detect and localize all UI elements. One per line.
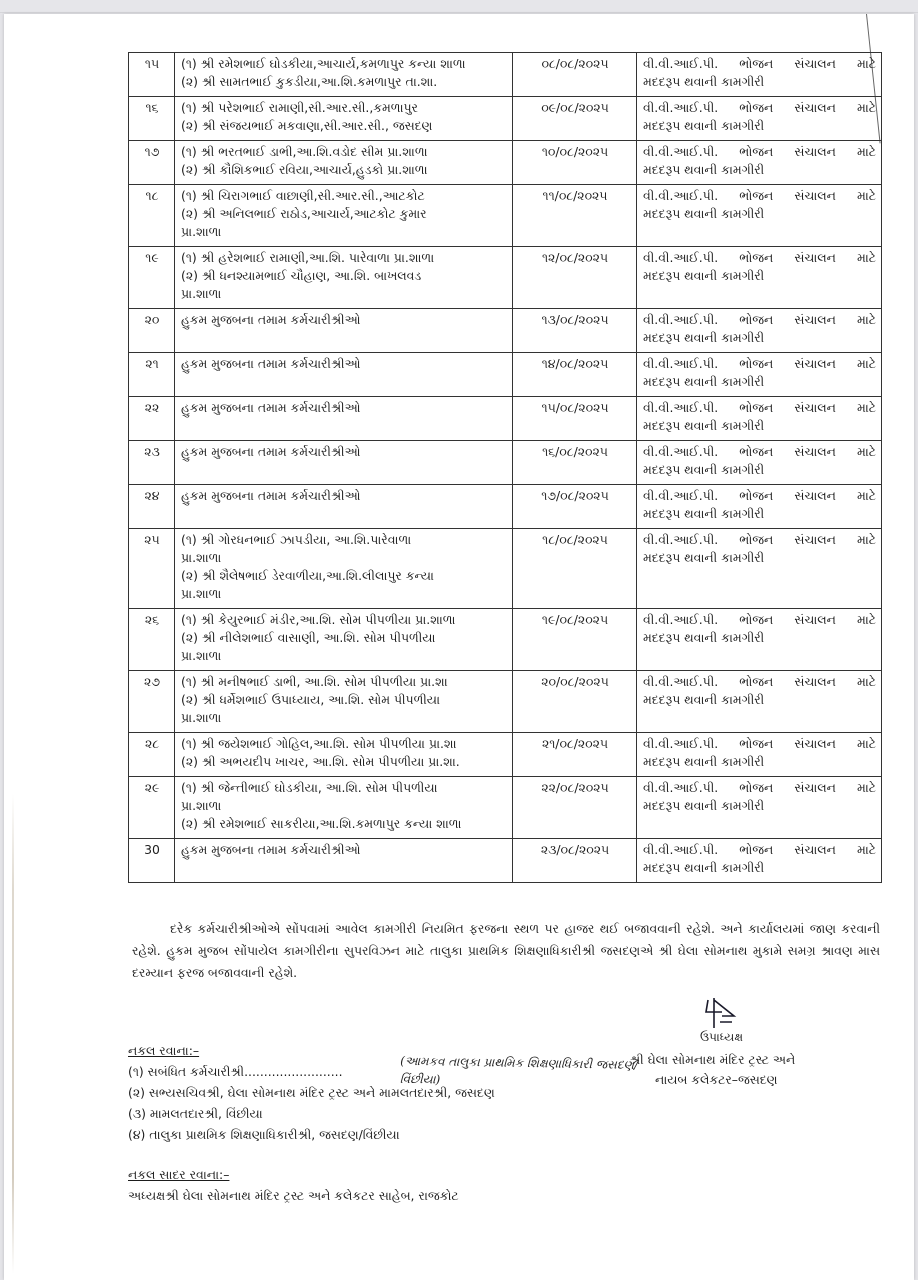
serial-number-cell: ૧૮ [129, 185, 175, 247]
table-row: ૨૭(૧) શ્રી મનીષભાઈ ડાભી, આ.શિ. સોમ પીપળી… [129, 671, 882, 733]
duty-date-cell: ૨૩/૦૮/૨૦૨૫ [513, 839, 637, 883]
copy-to-item: (૧) સબંધિત કર્મચારીશ્રી.................… [128, 1061, 495, 1082]
duty-schedule-table: ૧૫(૧) શ્રી રમેશભાઈ ઘોડકીયા,આચાર્ય,કમળાપુ… [128, 52, 882, 883]
task-line-2: મદદરૂપ થવાની કામગીરી [643, 161, 876, 179]
task-line-2: મદદરૂપ થવાની કામગીરી [643, 417, 876, 435]
duty-date-cell: ૨૨/૦૮/૨૦૨૫ [513, 777, 637, 839]
employee-name-line: (૧) શ્રી રમેશભાઈ ઘોડકીયા,આચાર્ય,કમળાપુર … [181, 55, 507, 73]
duty-date-cell: ૧૭/૦૮/૨૦૨૫ [513, 485, 637, 529]
task-line-1: વી.વી.આઈ.પી. ભોજન સંચાલન માટે [643, 399, 876, 417]
employee-name-line: પ્રા.શાળા [181, 647, 507, 665]
instruction-paragraph: દરેક કર્મચારીશ્રીઓએ સોંપવામાં આવેલ કામગી… [132, 918, 880, 984]
signatory-office-line1: શ્રી ઘેલા સોમનાથ મંદિર ટ્રસ્ટ અને [630, 1052, 795, 1068]
employee-names-cell: હુકમ મુજબના તમામ કર્મચારીશ્રીઓ [175, 441, 513, 485]
employee-name-line: (૧) શ્રી ચિરાગભાઈ વાછાણી,સી.આર.સી.,આટકોટ [181, 187, 507, 205]
duty-date-cell: ૧૮/૦૮/૨૦૨૫ [513, 529, 637, 609]
serial-number-cell: ૨૩ [129, 441, 175, 485]
employee-name-line: (૨) શ્રી શૈલેષભાઈ ડેરવાળીયા,આ.શિ.લીલાપુર… [181, 567, 507, 585]
table-row: ૨૪હુકમ મુજબના તમામ કર્મચારીશ્રીઓ૧૭/૦૮/૨૦… [129, 485, 882, 529]
duty-date-cell: ૨૧/૦૮/૨૦૨૫ [513, 733, 637, 777]
signature-mark [700, 996, 742, 1030]
employee-name-line: પ્રા.શાળા [181, 797, 507, 815]
task-line-2: મદદરૂપ થવાની કામગીરી [643, 859, 876, 877]
employee-name-line: પ્રા.શાળા [181, 285, 507, 303]
task-description-cell: વી.વી.આઈ.પી. ભોજન સંચાલન માટેમદદરૂપ થવાન… [637, 671, 882, 733]
employee-name-line: (૧) શ્રી ગોરધનભાઈ ઝાપડીયા, આ.શિ.પારેવાળા [181, 531, 507, 549]
duty-date-cell: ૧૩/૦૮/૨૦૨૫ [513, 309, 637, 353]
task-line-1: વી.વી.આઈ.પી. ભોજન સંચાલન માટે [643, 531, 876, 549]
task-description-cell: વી.વી.આઈ.પી. ભોજન સંચાલન માટેમદદરૂપ થવાન… [637, 441, 882, 485]
table-row: 30હુકમ મુજબના તમામ કર્મચારીશ્રીઓ૨૩/૦૮/૨૦… [129, 839, 882, 883]
task-description-cell: વી.વી.આઈ.પી. ભોજન સંચાલન માટેમદદરૂપ થવાન… [637, 609, 882, 671]
table-row: ૨૧હુકમ મુજબના તમામ કર્મચારીશ્રીઓ૧૪/૦૮/૨૦… [129, 353, 882, 397]
table-row: ૨૬(૧) શ્રી કેયુરભાઈ મંડીર,આ.શિ. સોમ પીપળ… [129, 609, 882, 671]
employee-name-line: (૨) શ્રી અનિલભાઈ રાઠોડ,આચાર્ય,આટકોટ કુમા… [181, 205, 507, 223]
table-row: ૨૮(૧) શ્રી જયેશભાઈ ગોહિલ,આ.શિ. સોમ પીપળી… [129, 733, 882, 777]
task-line-1: વી.વી.આઈ.પી. ભોજન સંચાલન માટે [643, 841, 876, 859]
task-description-cell: વી.વી.આઈ.પી. ભોજન સંચાલન માટેમદદરૂપ થવાન… [637, 185, 882, 247]
copy-submitted-line: અધ્યક્ષશ્રી ઘેલા સોમનાથ મંદિર ટ્રસ્ટ અને… [128, 1185, 459, 1206]
serial-number-cell: ૨૫ [129, 529, 175, 609]
task-line-1: વી.વી.આઈ.પી. ભોજન સંચાલન માટે [643, 355, 876, 373]
employee-names-cell: (૧) શ્રી ભરતભાઈ ડાભી,આ.શિ.વડોદ સીમ પ્રા.… [175, 141, 513, 185]
employee-name-line: (૨) શ્રી સંજયભાઈ મકવાણા,સી.આર.સી., જસદણ [181, 117, 507, 135]
task-line-1: વી.વી.આઈ.પી. ભોજન સંચાલન માટે [643, 187, 876, 205]
duty-date-cell: ૨૦/૦૮/૨૦૨૫ [513, 671, 637, 733]
employee-name-line: (૨) શ્રી ધનશ્યામભાઈ ચૌહાણ, આ.શિ. બાખલવડ [181, 267, 507, 285]
employee-name-line: (૧) શ્રી મનીષભાઈ ડાભી, આ.શિ. સોમ પીપળીયા… [181, 673, 507, 691]
task-line-1: વી.વી.આઈ.પી. ભોજન સંચાલન માટે [643, 611, 876, 629]
serial-number-cell: ૧૭ [129, 141, 175, 185]
employee-name-line: (૨) શ્રી અભયદીપ ખાચર, આ.શિ. સોમ પીપળીયા … [181, 753, 507, 771]
task-description-cell: વી.વી.આઈ.પી. ભોજન સંચાલન માટેમદદરૂપ થવાન… [637, 141, 882, 185]
task-line-1: વી.વી.આઈ.પી. ભોજન સંચાલન માટે [643, 735, 876, 753]
task-description-cell: વી.વી.આઈ.પી. ભોજન સંચાલન માટેમદદરૂપ થવાન… [637, 53, 882, 97]
task-line-2: મદદરૂપ થવાની કામગીરી [643, 461, 876, 479]
employee-name-line: (૨) શ્રી રમેશભાઈ સાકરીયા,આ.શિ.કમળાપુર કન… [181, 815, 507, 833]
duty-date-cell: ૧૫/૦૮/૨૦૨૫ [513, 397, 637, 441]
serial-number-cell: ૨૨ [129, 397, 175, 441]
employee-name-line: (૧) શ્રી હરેશભાઈ રામાણી,આ.શિ. પારેવાળા પ… [181, 249, 507, 267]
serial-number-cell: ૨૮ [129, 733, 175, 777]
task-description-cell: વી.વી.આઈ.પી. ભોજન સંચાલન માટેમદદરૂપ થવાન… [637, 309, 882, 353]
employee-names-cell: (૧) શ્રી પરેશભાઈ રામાણી,સી.આર.સી.,કમળાપુ… [175, 97, 513, 141]
employee-names-cell: (૧) શ્રી રમેશભાઈ ઘોડકીયા,આચાર્ય,કમળાપુર … [175, 53, 513, 97]
table-row: ૨૨હુકમ મુજબના તમામ કર્મચારીશ્રીઓ૧૫/૦૮/૨૦… [129, 397, 882, 441]
serial-number-cell: ૨૧ [129, 353, 175, 397]
employee-name-line: પ્રા.શાળા [181, 223, 507, 241]
serial-number-cell: ૨૭ [129, 671, 175, 733]
employee-names-cell: હુકમ મુજબના તમામ કર્મચારીશ્રીઓ [175, 353, 513, 397]
duty-date-cell: ૦૯/૦૮/૨૦૨૫ [513, 97, 637, 141]
task-description-cell: વી.વી.આઈ.પી. ભોજન સંચાલન માટેમદદરૂપ થવાન… [637, 485, 882, 529]
employee-name-line: પ્રા.શાળા [181, 549, 507, 567]
paper-edge-shadow [12, 794, 14, 1274]
task-line-2: મદદરૂપ થવાની કામગીરી [643, 373, 876, 391]
employee-names-cell: હુકમ મુજબના તમામ કર્મચારીશ્રીઓ [175, 485, 513, 529]
table-row: ૨૯(૧) શ્રી જેન્તીભાઈ ઘોડકીયા, આ.શિ. સોમ … [129, 777, 882, 839]
table-row: ૧૭(૧) શ્રી ભરતભાઈ ડાભી,આ.શિ.વડોદ સીમ પ્ર… [129, 141, 882, 185]
employee-names-cell: હુકમ મુજબના તમામ કર્મચારીશ્રીઓ [175, 309, 513, 353]
task-line-2: મદદરૂપ થવાની કામગીરી [643, 505, 876, 523]
task-line-1: વી.વી.આઈ.પી. ભોજન સંચાલન માટે [643, 487, 876, 505]
task-description-cell: વી.વી.આઈ.પી. ભોજન સંચાલન માટેમદદરૂપ થવાન… [637, 777, 882, 839]
duty-date-cell: ૧૬/૦૮/૨૦૨૫ [513, 441, 637, 485]
duty-date-cell: ૧૧/૦૮/૨૦૨૫ [513, 185, 637, 247]
serial-number-cell: ૧૯ [129, 247, 175, 309]
task-line-1: વી.વી.આઈ.પી. ભોજન સંચાલન માટે [643, 311, 876, 329]
task-description-cell: વી.વી.આઈ.પી. ભોજન સંચાલન માટેમદદરૂપ થવાન… [637, 247, 882, 309]
copy-to-heading: નકલ રવાના:– [128, 1040, 495, 1061]
task-description-cell: વી.વી.આઈ.પી. ભોજન સંચાલન માટેમદદરૂપ થવાન… [637, 733, 882, 777]
serial-number-cell: ૨૬ [129, 609, 175, 671]
employee-names-cell: (૧) શ્રી મનીષભાઈ ડાભી, આ.શિ. સોમ પીપળીયા… [175, 671, 513, 733]
task-line-1: વી.વી.આઈ.પી. ભોજન સંચાલન માટે [643, 249, 876, 267]
serial-number-cell: 30 [129, 839, 175, 883]
task-line-2: મદદરૂપ થવાની કામગીરી [643, 117, 876, 135]
copy-submitted-section: નકલ સાદર રવાના:– અધ્યક્ષશ્રી ઘેલા સોમનાથ… [128, 1164, 459, 1206]
employee-name-line: હુકમ મુજબના તમામ કર્મચારીશ્રીઓ [181, 399, 507, 417]
task-description-cell: વી.વી.આઈ.પી. ભોજન સંચાલન માટેમદદરૂપ થવાન… [637, 839, 882, 883]
task-line-1: વી.વી.આઈ.પી. ભોજન સંચાલન માટે [643, 779, 876, 797]
table-row: ૨૩હુકમ મુજબના તમામ કર્મચારીશ્રીઓ૧૬/૦૮/૨૦… [129, 441, 882, 485]
employee-names-cell: હુકમ મુજબના તમામ કર્મચારીશ્રીઓ [175, 839, 513, 883]
copy-to-item: (૩) મામલતદારશ્રી, વિંછીયા [128, 1103, 495, 1124]
employee-name-line: પ્રા.શાળા [181, 709, 507, 727]
table-row: ૨૫(૧) શ્રી ગોરધનભાઈ ઝાપડીયા, આ.શિ.પારેવા… [129, 529, 882, 609]
employee-name-line: હુકમ મુજબના તમામ કર્મચારીશ્રીઓ [181, 841, 507, 859]
duty-date-cell: ૧૯/૦૮/૨૦૨૫ [513, 609, 637, 671]
task-line-1: વી.વી.આઈ.પી. ભોજન સંચાલન માટે [643, 99, 876, 117]
employee-name-line: હુકમ મુજબના તમામ કર્મચારીશ્રીઓ [181, 487, 507, 505]
employee-name-line: (૨) શ્રી સામતભાઈ કુકડીયા,આ.શિ.કમળાપુર તા… [181, 73, 507, 91]
task-line-2: મદદરૂપ થવાની કામગીરી [643, 629, 876, 647]
serial-number-cell: ૧૫ [129, 53, 175, 97]
table-row: ૧૬(૧) શ્રી પરેશભાઈ રામાણી,સી.આર.સી.,કમળા… [129, 97, 882, 141]
employee-name-line: હુકમ મુજબના તમામ કર્મચારીશ્રીઓ [181, 355, 507, 373]
task-line-1: વી.વી.આઈ.પી. ભોજન સંચાલન માટે [643, 143, 876, 161]
task-description-cell: વી.વી.આઈ.પી. ભોજન સંચાલન માટેમદદરૂપ થવાન… [637, 353, 882, 397]
copy-submitted-heading: નકલ સાદર રવાના:– [128, 1164, 459, 1185]
employee-name-line: પ્રા.શાળા [181, 585, 507, 603]
viewer-top-bar [0, 0, 918, 13]
duty-date-cell: ૧૪/૦૮/૨૦૨૫ [513, 353, 637, 397]
serial-number-cell: ૧૬ [129, 97, 175, 141]
task-line-1: વી.વી.આઈ.પી. ભોજન સંચાલન માટે [643, 55, 876, 73]
serial-number-cell: ૨૪ [129, 485, 175, 529]
employee-names-cell: (૧) શ્રી જયેશભાઈ ગોહિલ,આ.શિ. સોમ પીપળીયા… [175, 733, 513, 777]
task-line-2: મદદરૂપ થવાની કામગીરી [643, 205, 876, 223]
employee-names-cell: હુકમ મુજબના તમામ કર્મચારીશ્રીઓ [175, 397, 513, 441]
task-line-2: મદદરૂપ થવાની કામગીરી [643, 691, 876, 709]
employee-name-line: હુકમ મુજબના તમામ કર્મચારીશ્રીઓ [181, 311, 507, 329]
employee-name-line: (૧) શ્રી ભરતભાઈ ડાભી,આ.શિ.વડોદ સીમ પ્રા.… [181, 143, 507, 161]
task-line-2: મદદરૂપ થવાની કામગીરી [643, 753, 876, 771]
employee-name-line: (૧) શ્રી પરેશભાઈ રામાણી,સી.આર.સી.,કમળાપુ… [181, 99, 507, 117]
task-line-2: મદદરૂપ થવાની કામગીરી [643, 267, 876, 285]
table-row: ૧૯(૧) શ્રી હરેશભાઈ રામાણી,આ.શિ. પારેવાળા… [129, 247, 882, 309]
table-row: ૨૦હુકમ મુજબના તમામ કર્મચારીશ્રીઓ૧૩/૦૮/૨૦… [129, 309, 882, 353]
copy-to-section: નકલ રવાના:– (૧) સબંધિત કર્મચારીશ્રી.....… [128, 1040, 495, 1145]
task-line-2: મદદરૂપ થવાની કામગીરી [643, 549, 876, 567]
table-row: ૧૮(૧) શ્રી ચિરાગભાઈ વાછાણી,સી.આર.સી.,આટક… [129, 185, 882, 247]
task-line-1: વી.વી.આઈ.પી. ભોજન સંચાલન માટે [643, 443, 876, 461]
employee-name-line: (૧) શ્રી જયેશભાઈ ગોહિલ,આ.શિ. સોમ પીપળીયા… [181, 735, 507, 753]
duty-date-cell: ૦૮/૦૮/૨૦૨૫ [513, 53, 637, 97]
signatory-office-line2: નાયબ કલેકટર–જસદણ [655, 1072, 777, 1088]
task-line-2: મદદરૂપ થવાની કામગીરી [643, 329, 876, 347]
copy-to-item: (૨) સભ્યસચિવશ્રી, ઘેલા સોમનાથ મંદિર ટ્રસ… [128, 1082, 495, 1103]
serial-number-cell: ૨૯ [129, 777, 175, 839]
task-line-2: મદદરૂપ થવાની કામગીરી [643, 797, 876, 815]
employee-name-line: (૨) શ્રી નીલેશભાઈ વાસાણી, આ.શિ. સોમ પીપળ… [181, 629, 507, 647]
signatory-title: ઉપાધ્યક્ષ [700, 1030, 743, 1045]
table-row: ૧૫(૧) શ્રી રમેશભાઈ ઘોડકીયા,આચાર્ય,કમળાપુ… [129, 53, 882, 97]
employee-name-line: (૨) શ્રી ધર્મેશભાઈ ઉપાધ્યાય, આ.શિ. સોમ પ… [181, 691, 507, 709]
employee-names-cell: (૧) શ્રી ચિરાગભાઈ વાછાણી,સી.આર.સી.,આટકોટ… [175, 185, 513, 247]
task-description-cell: વી.વી.આઈ.પી. ભોજન સંચાલન માટેમદદરૂપ થવાન… [637, 97, 882, 141]
task-line-2: મદદરૂપ થવાની કામગીરી [643, 73, 876, 91]
employee-name-line: (૨) શ્રી કૌશિકભાઈ રવિયા,આચાર્ય,હુડકો પ્ર… [181, 161, 507, 179]
employee-names-cell: (૧) શ્રી ગોરધનભાઈ ઝાપડીયા, આ.શિ.પારેવાળા… [175, 529, 513, 609]
task-description-cell: વી.વી.આઈ.પી. ભોજન સંચાલન માટેમદદરૂપ થવાન… [637, 397, 882, 441]
duty-date-cell: ૧૦/૦૮/૨૦૨૫ [513, 141, 637, 185]
task-description-cell: વી.વી.આઈ.પી. ભોજન સંચાલન માટેમદદરૂપ થવાન… [637, 529, 882, 609]
copy-to-item: (૪) તાલુકા પ્રાથમિક શિક્ષણાધિકારીશ્રી, જ… [128, 1124, 495, 1145]
employee-names-cell: (૧) શ્રી જેન્તીભાઈ ઘોડકીયા, આ.શિ. સોમ પી… [175, 777, 513, 839]
duty-date-cell: ૧૨/૦૮/૨૦૨૫ [513, 247, 637, 309]
employee-names-cell: (૧) શ્રી કેયુરભાઈ મંડીર,આ.શિ. સોમ પીપળીય… [175, 609, 513, 671]
employee-names-cell: (૧) શ્રી હરેશભાઈ રામાણી,આ.શિ. પારેવાળા પ… [175, 247, 513, 309]
employee-name-line: (૧) શ્રી કેયુરભાઈ મંડીર,આ.શિ. સોમ પીપળીય… [181, 611, 507, 629]
task-line-1: વી.વી.આઈ.પી. ભોજન સંચાલન માટે [643, 673, 876, 691]
employee-name-line: (૧) શ્રી જેન્તીભાઈ ઘોડકીયા, આ.શિ. સોમ પી… [181, 779, 507, 797]
employee-name-line: હુકમ મુજબના તમામ કર્મચારીશ્રીઓ [181, 443, 507, 461]
serial-number-cell: ૨૦ [129, 309, 175, 353]
